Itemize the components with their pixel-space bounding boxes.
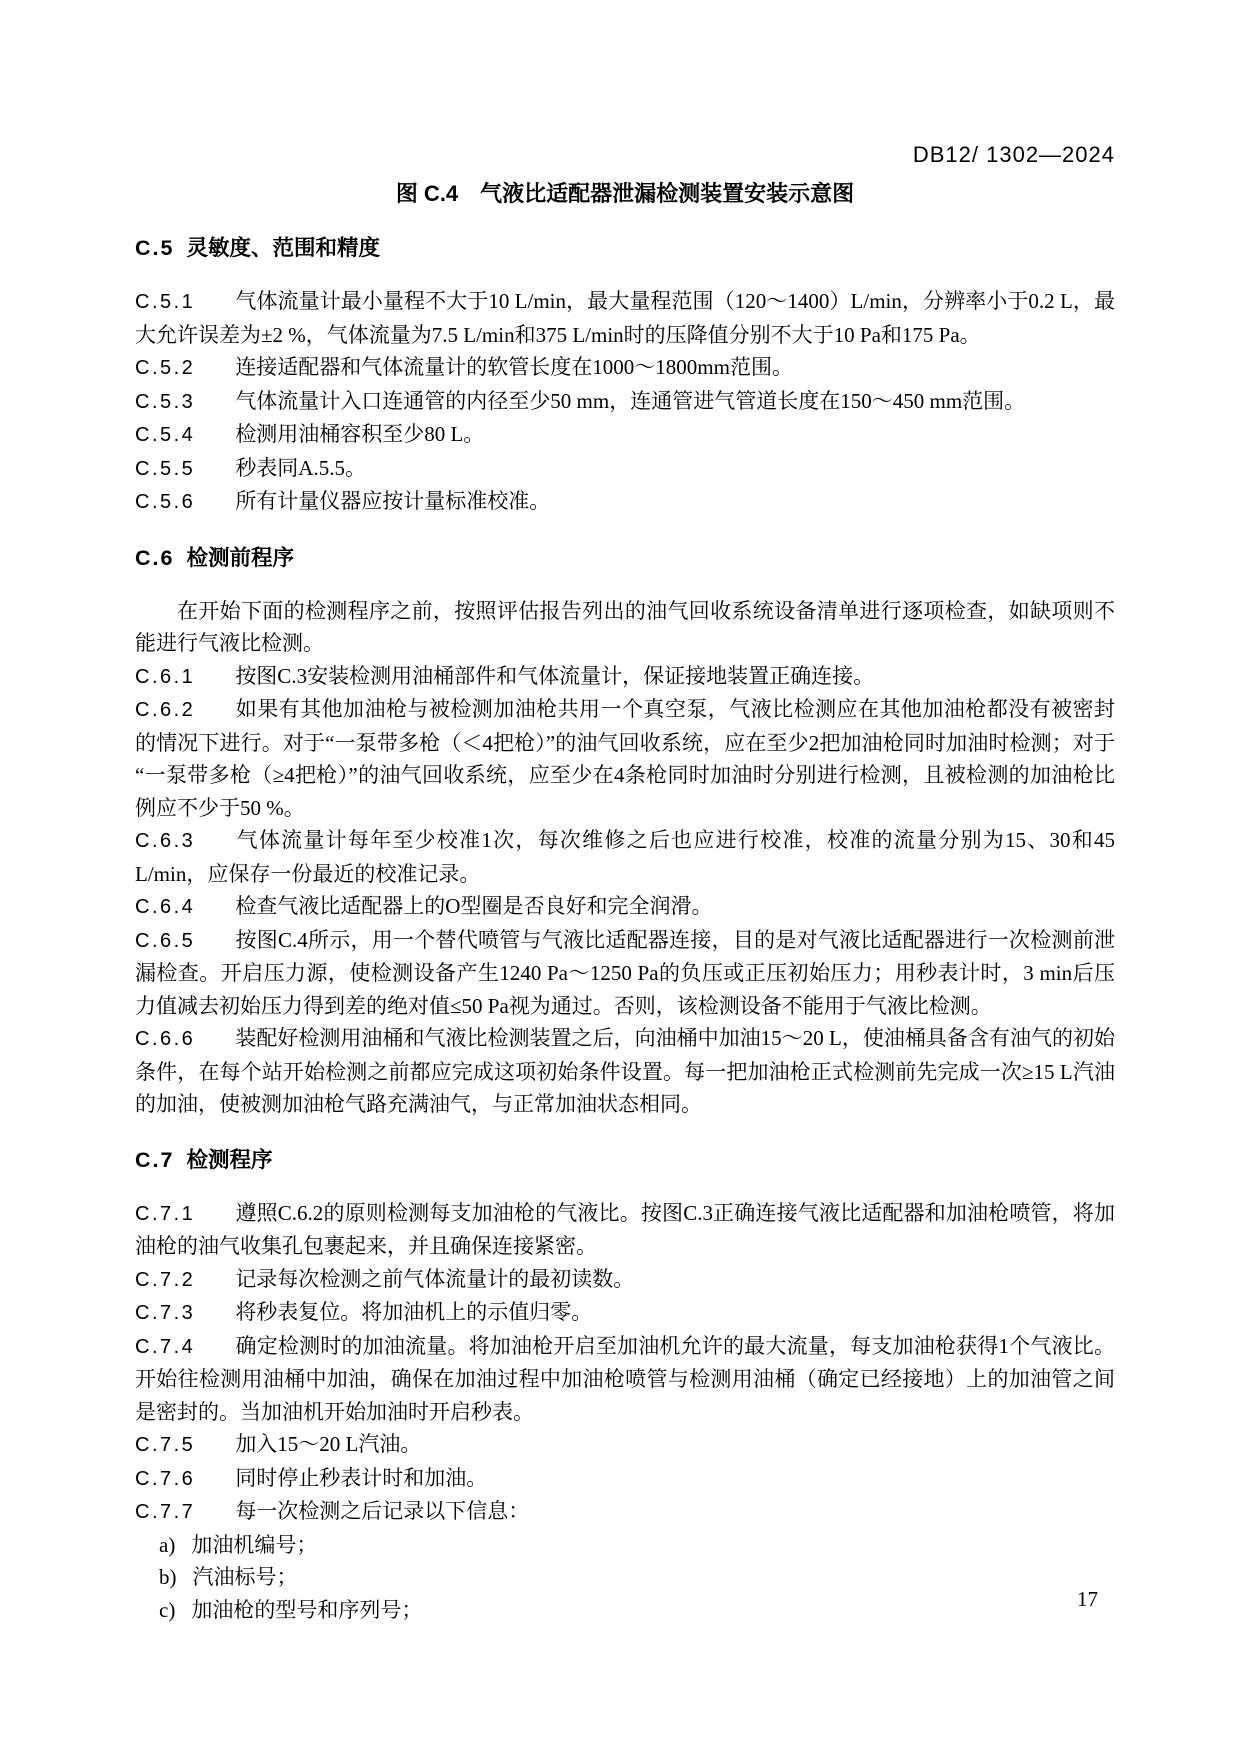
clause-c6-2: C.6.2如果有其他加油枪与被检测加油枪共用一个真空泵，气液比检测应在其他加油枪… [135, 693, 1115, 824]
list-marker: c) [159, 1598, 175, 1622]
list-text: 加油机编号； [191, 1533, 317, 1557]
section-c5: C.5灵敏度、范围和精度 C.5.1气体流量计最小量程不大于10 L/min，最… [135, 233, 1115, 519]
clause-c6-1: C.6.1按图C.3安装检测用油桶部件和气体流量计，保证接地装置正确连接。 [135, 660, 1115, 694]
clause-c7-6: C.7.6同时停止秒表计时和加油。 [135, 1462, 1115, 1496]
clause-number: C.7.4 [135, 1336, 195, 1358]
list-text: 加油枪的型号和序列号； [191, 1598, 422, 1622]
clause-c6-5: C.6.5按图C.4所示，用一个替代喷管与气液比适配器连接，目的是对气液比适配器… [135, 924, 1115, 1023]
clause-text: 连接适配器和气体流量计的软管长度在1000～1800mm范围。 [235, 355, 793, 379]
clause-number: C.7.1 [135, 1203, 195, 1225]
section-number: C.5 [135, 236, 174, 260]
clause-text: 检查气液比适配器上的O型圈是否良好和完全润滑。 [235, 894, 712, 918]
list-text: 汽油标号； [193, 1565, 298, 1589]
clause-number: C.6.3 [135, 830, 195, 852]
section-c6: C.6检测前程序 在开始下面的检测程序之前，按照评估报告列出的油气回收系统设备清… [135, 543, 1115, 1121]
section-heading-c6: C.6检测前程序 [135, 543, 1115, 573]
clause-text: 装配好检测用油桶和气液比检测装置之后，向油桶中加油15～20 L，使油桶具备含有… [135, 1026, 1115, 1116]
figure-title: 气液比适配器泄漏检测装置安装示意图 [480, 181, 854, 206]
clause-number: C.5.3 [135, 391, 195, 413]
clause-number: C.5.2 [135, 357, 195, 379]
clause-number: C.7.7 [135, 1501, 195, 1523]
clause-c5-5: C.5.5秒表同A.5.5。 [135, 452, 1115, 486]
list-item-a: a)加油机编号； [135, 1529, 1115, 1562]
clause-c7-1: C.7.1遵照C.6.2的原则检测每支加油枪的气液比。按图C.3正确连接气液比适… [135, 1197, 1115, 1263]
clause-text: 记录每次检测之前气体流量计的最初读数。 [235, 1267, 634, 1291]
clause-c7-3: C.7.3将秒表复位。将加油机上的示值归零。 [135, 1296, 1115, 1330]
clause-text: 按图C.4所示，用一个替代喷管与气液比适配器连接，目的是对气液比适配器进行一次检… [135, 928, 1115, 1018]
clause-c6-6: C.6.6装配好检测用油桶和气液比检测装置之后，向油桶中加油15～20 L，使油… [135, 1022, 1115, 1121]
document-code: DB12/ 1302—2024 [135, 143, 1115, 167]
list-item-c: c)加油枪的型号和序列号； [135, 1594, 1115, 1627]
clause-text: 气体流量计入口连通管的内径至少50 mm，连通管进气管道长度在150～450 m… [235, 389, 1025, 413]
clause-number: C.5.6 [135, 491, 195, 513]
clause-text: 秒表同A.5.5。 [235, 456, 366, 480]
list-marker: b) [159, 1565, 177, 1589]
clause-number: C.5.5 [135, 458, 195, 480]
clause-text: 如果有其他加油枪与被检测加油枪共用一个真空泵，气液比检测应在其他加油枪都没有被密… [135, 697, 1115, 820]
clause-text: 将秒表复位。将加油机上的示值归零。 [235, 1300, 592, 1324]
clause-text: 所有计量仪器应按计量标准校准。 [235, 489, 550, 513]
clause-c5-2: C.5.2连接适配器和气体流量计的软管长度在1000～1800mm范围。 [135, 351, 1115, 385]
clause-text: 检测用油桶容积至少80 L。 [235, 422, 484, 446]
clause-text: 气体流量计最小量程不大于10 L/min，最大量程范围（120～1400）L/m… [135, 289, 1115, 347]
section-heading-c7: C.7检测程序 [135, 1145, 1115, 1175]
clause-c5-4: C.5.4检测用油桶容积至少80 L。 [135, 418, 1115, 452]
clause-number: C.7.5 [135, 1434, 195, 1456]
clause-c7-2: C.7.2记录每次检测之前气体流量计的最初读数。 [135, 1263, 1115, 1297]
section-number: C.7 [135, 1148, 174, 1172]
clause-number: C.6.6 [135, 1028, 195, 1050]
clause-text: 遵照C.6.2的原则检测每支加油枪的气液比。按图C.3正确连接气液比适配器和加油… [135, 1201, 1115, 1259]
clause-text: 气体流量计每年至少校准1次，每次维修之后也应进行校准，校准的流量分别为15、30… [135, 828, 1115, 886]
document-page: DB12/ 1302—2024 图 C.4气液比适配器泄漏检测装置安装示意图 C… [0, 0, 1241, 1754]
clause-text: 每一次检测之后记录以下信息： [235, 1499, 529, 1523]
section-title: 检测程序 [186, 1148, 272, 1172]
clause-number: C.7.2 [135, 1269, 195, 1291]
paragraph-c6-intro: 在开始下面的检测程序之前，按照评估报告列出的油气回收系统设备清单进行逐项检查，如… [135, 595, 1115, 660]
clause-text: 按图C.3安装检测用油桶部件和气体流量计，保证接地装置正确连接。 [235, 664, 874, 688]
clause-c5-6: C.5.6所有计量仪器应按计量标准校准。 [135, 485, 1115, 519]
figure-caption: 图 C.4气液比适配器泄漏检测装置安装示意图 [135, 179, 1115, 209]
clause-c7-7: C.7.7每一次检测之后记录以下信息： [135, 1495, 1115, 1529]
clause-number: C.5.4 [135, 424, 195, 446]
clause-c6-3: C.6.3气体流量计每年至少校准1次，每次维修之后也应进行校准，校准的流量分别为… [135, 824, 1115, 890]
section-number: C.6 [135, 546, 174, 570]
clause-c5-3: C.5.3气体流量计入口连通管的内径至少50 mm，连通管进气管道长度在150～… [135, 385, 1115, 419]
section-title: 灵敏度、范围和精度 [186, 236, 380, 260]
clause-text: 加入15～20 L汽油。 [235, 1432, 421, 1456]
clause-number: C.6.5 [135, 930, 195, 952]
section-c7: C.7检测程序 C.7.1遵照C.6.2的原则检测每支加油枪的气液比。按图C.3… [135, 1145, 1115, 1627]
page-number: 17 [1077, 1586, 1098, 1612]
list-marker: a) [159, 1533, 175, 1557]
list-item-b: b)汽油标号； [135, 1561, 1115, 1594]
clause-number: C.7.3 [135, 1302, 195, 1324]
section-heading-c5: C.5灵敏度、范围和精度 [135, 233, 1115, 263]
clause-c5-1: C.5.1气体流量计最小量程不大于10 L/min，最大量程范围（120～140… [135, 285, 1115, 351]
clause-number: C.6.1 [135, 666, 195, 688]
figure-label: 图 C.4 [396, 181, 458, 206]
clause-number: C.5.1 [135, 291, 195, 313]
clause-c7-5: C.7.5加入15～20 L汽油。 [135, 1428, 1115, 1462]
clause-text: 确定检测时的加油流量。将加油枪开启至加油机允许的最大流量，每支加油枪获得1个气液… [135, 1334, 1115, 1424]
clause-c6-4: C.6.4检查气液比适配器上的O型圈是否良好和完全润滑。 [135, 890, 1115, 924]
clause-number: C.6.4 [135, 896, 195, 918]
clause-number: C.6.2 [135, 699, 195, 721]
section-title: 检测前程序 [186, 546, 294, 570]
clause-number: C.7.6 [135, 1468, 195, 1490]
clause-text: 同时停止秒表计时和加油。 [235, 1466, 487, 1490]
clause-c7-4: C.7.4确定检测时的加油流量。将加油枪开启至加油机允许的最大流量，每支加油枪获… [135, 1330, 1115, 1429]
